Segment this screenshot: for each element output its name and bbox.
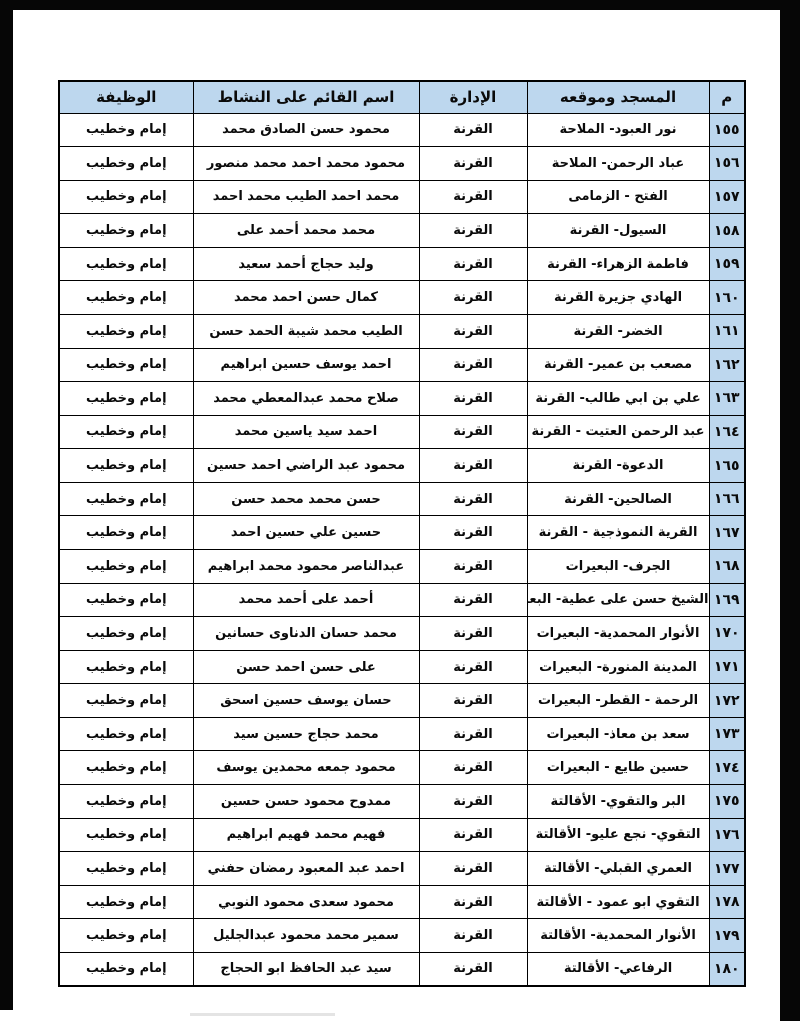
cell-mosque-location: سعد بن معاذ- البعيرات (527, 717, 709, 751)
cell-activity-supervisor-name: احمد يوسف حسين ابراهيم (193, 348, 419, 382)
table-header: م المسجد وموقعه الإدارة اسم القائم على ا… (59, 81, 745, 113)
table-row: ١٥٧الفتح - الزمامىالقرنةمحمد احمد الطيب … (59, 180, 745, 214)
table-row: ١٧٦التقوي- نجع عليو- الأقالتةالقرنةفهيم … (59, 818, 745, 852)
cell-administration: القرنة (419, 214, 527, 248)
table-row: ١٧٨التقوي ابو عمود - الأقالتةالقرنةمحمود… (59, 885, 745, 919)
cell-number: ١٦٢ (709, 348, 745, 382)
cell-mosque-location: فاطمة الزهراء- القرنة (527, 247, 709, 281)
table-row: ١٦٣علي بن ابي طالب- القرنةالقرنةصلاح محم… (59, 382, 745, 416)
cell-number: ١٧٠ (709, 617, 745, 651)
cell-administration: القرنة (419, 550, 527, 584)
cell-job-title: إمام وخطيب (59, 885, 193, 919)
cell-mosque-location: البر والتقوي- الأقالتة (527, 785, 709, 819)
cell-mosque-location: الفتح - الزمامى (527, 180, 709, 214)
cell-number: ١٧٤ (709, 751, 745, 785)
table-row: ١٦٦الصالحين- القرنةالقرنةحسن محمد محمد ح… (59, 482, 745, 516)
cell-number: ١٦٩ (709, 583, 745, 617)
table-row: ١٧٥البر والتقوي- الأقالتةالقرنةممدوح محم… (59, 785, 745, 819)
mosque-imams-table: م المسجد وموقعه الإدارة اسم القائم على ا… (58, 80, 746, 987)
cell-number: ١٦٤ (709, 415, 745, 449)
table-row: ١٧١المدينة المنورة- البعيراتالقرنةعلى حس… (59, 650, 745, 684)
table-row: ١٦٨الجرف- البعيراتالقرنةعبدالناصر محمود … (59, 550, 745, 584)
cell-number: ١٧٣ (709, 717, 745, 751)
cell-mosque-location: الرحمة - القطر- البعيرات (527, 684, 709, 718)
cell-activity-supervisor-name: صلاح محمد عبدالمعطي محمد (193, 382, 419, 416)
cell-activity-supervisor-name: الطيب محمد شيبة الحمد حسن (193, 314, 419, 348)
cell-number: ١٦٥ (709, 449, 745, 483)
cell-mosque-location: الأنوار المحمدية- البعيرات (527, 617, 709, 651)
table-row: ١٦٠الهادي جزيرة القرنةالقرنةكمال حسن احم… (59, 281, 745, 315)
cell-job-title: إمام وخطيب (59, 382, 193, 416)
cell-administration: القرنة (419, 382, 527, 416)
cell-administration: القرنة (419, 717, 527, 751)
cell-activity-supervisor-name: سيد عبد الحافظ ابو الحجاج (193, 952, 419, 986)
cell-job-title: إمام وخطيب (59, 785, 193, 819)
cell-mosque-location: القرية النموذجية - القرنة (527, 516, 709, 550)
table-row: ١٧٣سعد بن معاذ- البعيراتالقرنةمحمد حجاج … (59, 717, 745, 751)
cell-administration: القرنة (419, 449, 527, 483)
cell-job-title: إمام وخطيب (59, 482, 193, 516)
cell-administration: القرنة (419, 583, 527, 617)
cell-job-title: إمام وخطيب (59, 214, 193, 248)
cell-job-title: إمام وخطيب (59, 952, 193, 986)
cell-administration: القرنة (419, 247, 527, 281)
table-row: ١٧٤حسين طايع - البعيراتالقرنةمحمود جمعه … (59, 751, 745, 785)
cell-job-title: إمام وخطيب (59, 818, 193, 852)
cell-activity-supervisor-name: حسان يوسف حسين اسحق (193, 684, 419, 718)
cell-administration: القرنة (419, 785, 527, 819)
cell-job-title: إمام وخطيب (59, 617, 193, 651)
cell-activity-supervisor-name: فهيم محمد فهيم ابراهيم (193, 818, 419, 852)
header-mosque-location: المسجد وموقعه (527, 81, 709, 113)
cell-activity-supervisor-name: محمود محمد احمد محمد منصور (193, 147, 419, 181)
cell-job-title: إمام وخطيب (59, 919, 193, 953)
cell-number: ١٦١ (709, 314, 745, 348)
cell-activity-supervisor-name: محمود سعدى محمود النوبي (193, 885, 419, 919)
table-row: ١٦٧القرية النموذجية - القرنةالقرنةحسين ع… (59, 516, 745, 550)
cell-administration: القرنة (419, 147, 527, 181)
cell-mosque-location: الرفاعي- الأقالتة (527, 952, 709, 986)
cell-mosque-location: عباد الرحمن- الملاحة (527, 147, 709, 181)
cell-job-title: إمام وخطيب (59, 247, 193, 281)
cell-administration: القرنة (419, 885, 527, 919)
cell-job-title: إمام وخطيب (59, 314, 193, 348)
cell-job-title: إمام وخطيب (59, 650, 193, 684)
cell-mosque-location: حسين طايع - البعيرات (527, 751, 709, 785)
cell-number: ١٧٢ (709, 684, 745, 718)
cell-mosque-location: المدينة المنورة- البعيرات (527, 650, 709, 684)
cell-job-title: إمام وخطيب (59, 717, 193, 751)
cell-mosque-location: السيول- القرنة (527, 214, 709, 248)
cell-activity-supervisor-name: محمد محمد أحمد على (193, 214, 419, 248)
cell-activity-supervisor-name: عبدالناصر محمود محمد ابراهيم (193, 550, 419, 584)
scan-edge-right (780, 0, 800, 1021)
table-row: ١٦٥الدعوة- القرنةالقرنةمحمود عبد الراضي … (59, 449, 745, 483)
cell-job-title: إمام وخطيب (59, 147, 193, 181)
cell-mosque-location: التقوي- نجع عليو- الأقالتة (527, 818, 709, 852)
cell-activity-supervisor-name: وليد حجاج أحمد سعيد (193, 247, 419, 281)
table-row: ١٥٨السيول- القرنةالقرنةمحمد محمد أحمد عل… (59, 214, 745, 248)
table-body: ١٥٥نور العبود- الملاحةالقرنةمحمود حسن ال… (59, 113, 745, 986)
cell-administration: القرنة (419, 113, 527, 147)
cell-number: ١٧١ (709, 650, 745, 684)
header-job-title: الوظيفة (59, 81, 193, 113)
cell-administration: القرنة (419, 684, 527, 718)
cell-number: ١٦٦ (709, 482, 745, 516)
cell-administration: القرنة (419, 818, 527, 852)
cell-mosque-location: الصالحين- القرنة (527, 482, 709, 516)
table-row: ١٦٩الشيخ حسن على عطية- البعيراتالقرنةأحم… (59, 583, 745, 617)
cell-activity-supervisor-name: محمد حسان الدناوى حسانين (193, 617, 419, 651)
scanned-document-page: م المسجد وموقعه الإدارة اسم القائم على ا… (0, 0, 800, 1021)
cell-number: ١٧٧ (709, 852, 745, 886)
cell-mosque-location: التقوي ابو عمود - الأقالتة (527, 885, 709, 919)
cell-job-title: إمام وخطيب (59, 583, 193, 617)
scan-shadow (190, 1013, 335, 1016)
cell-job-title: إمام وخطيب (59, 852, 193, 886)
cell-administration: القرنة (419, 314, 527, 348)
cell-number: ١٥٥ (709, 113, 745, 147)
cell-activity-supervisor-name: حسين علي حسين احمد (193, 516, 419, 550)
cell-job-title: إمام وخطيب (59, 550, 193, 584)
cell-administration: القرنة (419, 482, 527, 516)
cell-activity-supervisor-name: على حسن احمد حسن (193, 650, 419, 684)
cell-administration: القرنة (419, 180, 527, 214)
cell-number: ١٥٨ (709, 214, 745, 248)
cell-activity-supervisor-name: محمود عبد الراضي احمد حسين (193, 449, 419, 483)
cell-job-title: إمام وخطيب (59, 516, 193, 550)
table-row: ١٦١الخضر- القرنةالقرنةالطيب محمد شيبة ال… (59, 314, 745, 348)
cell-number: ١٧٩ (709, 919, 745, 953)
cell-activity-supervisor-name: محمد احمد الطيب محمد احمد (193, 180, 419, 214)
cell-job-title: إمام وخطيب (59, 180, 193, 214)
cell-job-title: إمام وخطيب (59, 281, 193, 315)
cell-number: ١٥٧ (709, 180, 745, 214)
table-row: ١٥٦عباد الرحمن- الملاحةالقرنةمحمود محمد … (59, 147, 745, 181)
table-row: ١٧٧العمري القبلي- الأقالتةالقرنةاحمد عبد… (59, 852, 745, 886)
cell-activity-supervisor-name: أحمد على أحمد محمد (193, 583, 419, 617)
cell-number: ١٧٨ (709, 885, 745, 919)
cell-job-title: إمام وخطيب (59, 684, 193, 718)
cell-number: ١٧٥ (709, 785, 745, 819)
cell-mosque-location: مصعب بن عمير- القرنة (527, 348, 709, 382)
cell-activity-supervisor-name: محمد حجاج حسين سيد (193, 717, 419, 751)
cell-administration: القرنة (419, 348, 527, 382)
cell-mosque-location: عبد الرحمن العتيت - القرنة (527, 415, 709, 449)
cell-mosque-location: الهادي جزيرة القرنة (527, 281, 709, 315)
cell-mosque-location: الأنوار المحمدية- الأقالتة (527, 919, 709, 953)
cell-activity-supervisor-name: احمد سيد ياسين محمد (193, 415, 419, 449)
scan-edge-left (0, 0, 13, 1010)
cell-administration: القرنة (419, 415, 527, 449)
cell-number: ١٧٦ (709, 818, 745, 852)
cell-administration: القرنة (419, 650, 527, 684)
cell-number: ١٦٧ (709, 516, 745, 550)
cell-job-title: إمام وخطيب (59, 113, 193, 147)
cell-mosque-location: الشيخ حسن على عطية- البعيرات (527, 583, 709, 617)
cell-number: ١٦٣ (709, 382, 745, 416)
cell-activity-supervisor-name: حسن محمد محمد حسن (193, 482, 419, 516)
cell-number: ١٥٦ (709, 147, 745, 181)
table-row: ١٧٢الرحمة - القطر- البعيراتالقرنةحسان يو… (59, 684, 745, 718)
cell-number: ١٥٩ (709, 247, 745, 281)
cell-administration: القرنة (419, 852, 527, 886)
cell-number: ١٦٨ (709, 550, 745, 584)
table-row: ١٦٢مصعب بن عمير- القرنةالقرنةاحمد يوسف ح… (59, 348, 745, 382)
cell-activity-supervisor-name: محمود جمعه محمدين يوسف (193, 751, 419, 785)
cell-number: ١٦٠ (709, 281, 745, 315)
table-row: ١٧٩الأنوار المحمدية- الأقالتةالقرنةسمير … (59, 919, 745, 953)
cell-activity-supervisor-name: ممدوح محمود حسن حسين (193, 785, 419, 819)
cell-mosque-location: نور العبود- الملاحة (527, 113, 709, 147)
cell-mosque-location: علي بن ابي طالب- القرنة (527, 382, 709, 416)
cell-administration: القرنة (419, 919, 527, 953)
cell-activity-supervisor-name: كمال حسن احمد محمد (193, 281, 419, 315)
header-number: م (709, 81, 745, 113)
cell-mosque-location: الخضر- القرنة (527, 314, 709, 348)
cell-mosque-location: الدعوة- القرنة (527, 449, 709, 483)
cell-job-title: إمام وخطيب (59, 415, 193, 449)
cell-number: ١٨٠ (709, 952, 745, 986)
cell-job-title: إمام وخطيب (59, 449, 193, 483)
cell-administration: القرنة (419, 516, 527, 550)
cell-activity-supervisor-name: محمود حسن الصادق محمد (193, 113, 419, 147)
scan-edge-top (0, 0, 800, 10)
header-row: م المسجد وموقعه الإدارة اسم القائم على ا… (59, 81, 745, 113)
table-row: ١٥٥نور العبود- الملاحةالقرنةمحمود حسن ال… (59, 113, 745, 147)
cell-administration: القرنة (419, 281, 527, 315)
cell-activity-supervisor-name: احمد عبد المعبود رمضان حفني (193, 852, 419, 886)
cell-activity-supervisor-name: سمير محمد محمود عبدالجليل (193, 919, 419, 953)
cell-mosque-location: الجرف- البعيرات (527, 550, 709, 584)
header-activity-supervisor-name: اسم القائم على النشاط (193, 81, 419, 113)
cell-job-title: إمام وخطيب (59, 751, 193, 785)
table-row: ١٦٤عبد الرحمن العتيت - القرنةالقرنةاحمد … (59, 415, 745, 449)
cell-mosque-location: العمري القبلي- الأقالتة (527, 852, 709, 886)
cell-administration: القرنة (419, 952, 527, 986)
table-row: ١٥٩فاطمة الزهراء- القرنةالقرنةوليد حجاج … (59, 247, 745, 281)
table-row: ١٧٠الأنوار المحمدية- البعيراتالقرنةمحمد … (59, 617, 745, 651)
header-administration: الإدارة (419, 81, 527, 113)
cell-administration: القرنة (419, 617, 527, 651)
cell-job-title: إمام وخطيب (59, 348, 193, 382)
cell-administration: القرنة (419, 751, 527, 785)
table-row: ١٨٠الرفاعي- الأقالتةالقرنةسيد عبد الحافظ… (59, 952, 745, 986)
